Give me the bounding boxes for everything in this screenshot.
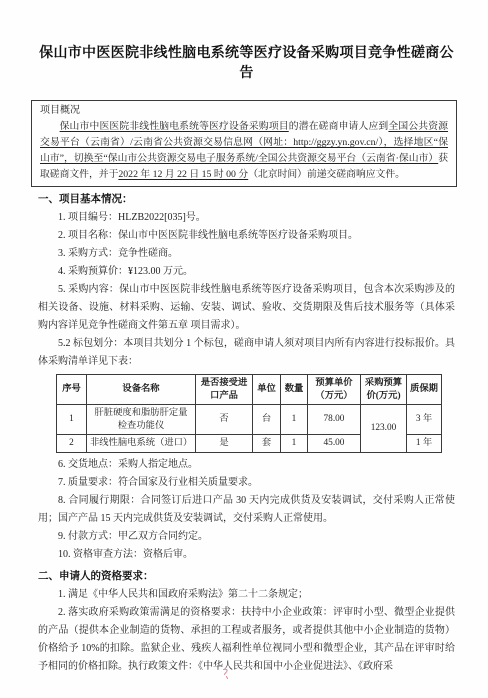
project-overview-box: 项目概况 保山市中医医院非线性脑电系统等医疗设备采购项目的潜在磋商申请人应到全国… bbox=[31, 100, 457, 187]
table-cell-unit: 台 bbox=[253, 405, 281, 435]
table-cell-unit-price: 45.00 bbox=[308, 435, 361, 453]
table-header-cell-warranty: 质保期 bbox=[407, 375, 442, 405]
list-item-payment-method: 9. 付款方式：甲乙双方合同约定。 bbox=[38, 528, 455, 546]
list-item-qualification-review: 10. 资格审查方法：资格后审。 bbox=[38, 546, 455, 564]
table-header-cell-device-name: 设备名称 bbox=[87, 375, 196, 405]
table-cell-unit: 套 bbox=[253, 435, 281, 453]
table-header-cell-budget-total: 采购预算价(万元) bbox=[361, 375, 407, 405]
procurement-table: 序号 设备名称 是否接受进口产品 单位 数量 预算单价（万元） 采购预算价(万元… bbox=[56, 374, 442, 453]
table-cell-qty: 1 bbox=[281, 435, 308, 453]
list-item-delivery-place: 6. 交货地点：采购人指定地点。 bbox=[38, 456, 455, 474]
table-cell-accept-import: 是 bbox=[196, 435, 253, 453]
list-item-contract-period: 8. 合同履行期限：合同签订后进口产品 30 天内完成供货及安装调试，交付采购人… bbox=[38, 492, 455, 528]
list-item-qualification-1: 1. 满足《中华人民共和国政府采购法》第二十二条规定； bbox=[38, 586, 455, 604]
table-cell-qty: 1 bbox=[281, 405, 308, 435]
list-item-qualification-2: 2. 落实政府采购政策需满足的资格要求：扶持中小企业政策：评审时小型、微型企业提… bbox=[38, 604, 455, 676]
overview-segment-project-name: 保山市中医医院非线性脑电系统等医疗设备采购项目 bbox=[60, 121, 289, 132]
table-row: 1 肝脏硬度和脂肪肝定量检查功能仪 否 台 1 78.00 123.00 3 年 bbox=[57, 405, 442, 435]
list-item-quality-requirement: 7. 质量要求：符合国家及行业相关质量要求。 bbox=[38, 474, 455, 492]
table-cell-unit-price: 78.00 bbox=[308, 405, 361, 435]
list-item-procurement-method: 3. 采购方式：竞争性磋商。 bbox=[38, 245, 455, 263]
list-item-budget-price: 4. 采购预算价：¥123.00 万元。 bbox=[38, 263, 455, 281]
table-cell-no: 1 bbox=[57, 405, 87, 435]
table-cell-warranty: 1 年 bbox=[407, 435, 442, 453]
list-item-project-number: 1. 项目编号：HLZB2022[035]号。 bbox=[38, 209, 455, 227]
document-content: 保山市中医医院非线性脑电系统等医疗设备采购项目竞争性磋商公告 项目概况 保山市中… bbox=[0, 44, 488, 676]
list-item-lot-division: 5.2 标包划分：本项目共划分 1 个标包，磋商申请人须对项目内所有内容进行投标… bbox=[38, 335, 455, 371]
table-header-cell-qty: 数量 bbox=[281, 375, 308, 405]
table-cell-budget-total-merged: 123.00 bbox=[361, 405, 407, 453]
table-cell-no: 2 bbox=[57, 435, 87, 453]
table-cell-warranty: 3 年 bbox=[407, 405, 442, 435]
table-header-row: 序号 设备名称 是否接受进口产品 单位 数量 预算单价（万元） 采购预算价(万元… bbox=[57, 375, 442, 405]
table-header-cell-unit: 单位 bbox=[253, 375, 281, 405]
section-basic-heading: 一、项目基本情况： bbox=[38, 191, 455, 209]
table-cell-device-name: 肝脏硬度和脂肪肝定量检查功能仪 bbox=[87, 405, 196, 435]
overview-segment: （北京时间）前递交磋商响应文件。 bbox=[248, 169, 405, 180]
table-header-cell-accept-import: 是否接受进口产品 bbox=[196, 375, 253, 405]
overview-segment-deadline: 2022 年 12 月 22 日 15 时 00 分 bbox=[118, 169, 248, 180]
document-title: 保山市中医医院非线性脑电系统等医疗设备采购项目竞争性磋商公告 bbox=[38, 44, 455, 84]
table-header-cell-unit-price: 预算单价（万元） bbox=[308, 375, 361, 405]
overview-label: 项目概况 bbox=[40, 103, 448, 119]
list-item-project-name: 2. 项目名称：保山市中医医院非线性脑电系统等医疗设备采购项目。 bbox=[38, 227, 455, 245]
list-item-procurement-content: 5. 采购内容：保山市中医医院非线性脑电系统等医疗设备采购项目，包含本次采购涉及… bbox=[38, 281, 455, 335]
section-qualification-heading: 二、申请人的资格要求： bbox=[38, 568, 455, 586]
table-cell-device-name: 非线性脑电系统（进口） bbox=[87, 435, 196, 453]
overview-paragraph: 保山市中医医院非线性脑电系统等医疗设备采购项目的潜在磋商申请人应到全国公共资源交… bbox=[40, 119, 448, 183]
table-header-cell-no: 序号 bbox=[57, 375, 87, 405]
table-cell-accept-import: 否 bbox=[196, 405, 253, 435]
overview-segment: 的潜在磋商申请人应到 bbox=[289, 121, 389, 132]
document-page: 保山市中医医院非线性脑电系统等医疗设备采购项目竞争性磋商公告 项目概况 保山市中… bbox=[0, 0, 488, 698]
